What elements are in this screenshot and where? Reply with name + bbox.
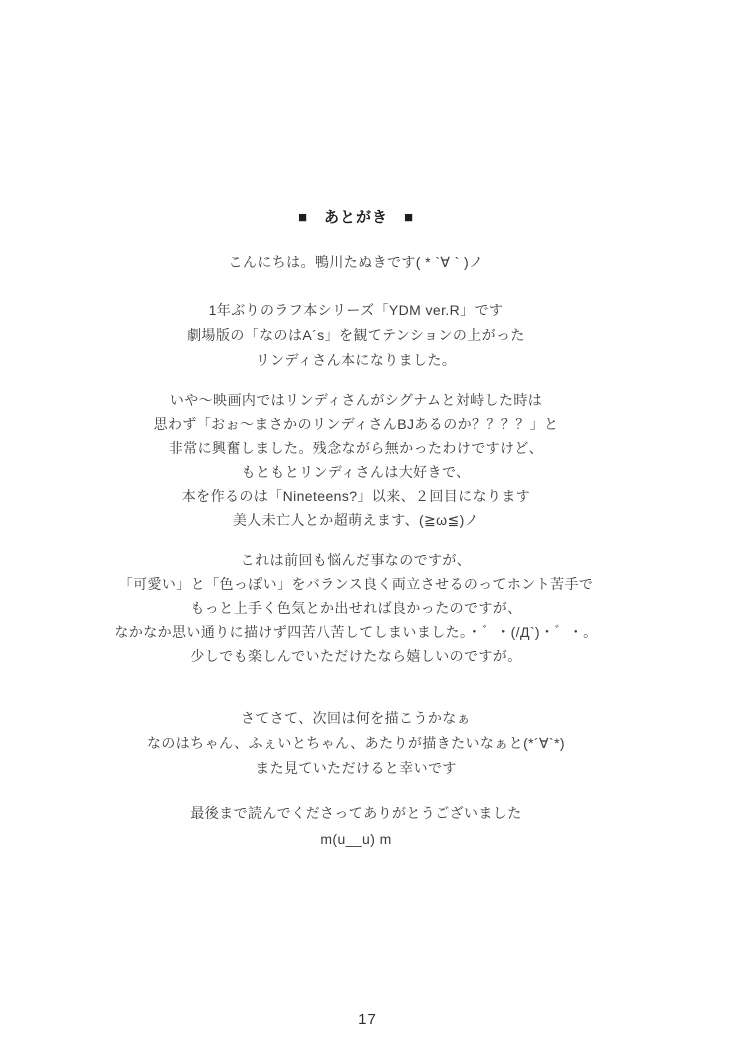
text-line: また見ていただけると幸いです: [0, 756, 712, 781]
text-line: 思わず「おぉ～まさかのリンディさんBJあるのか？？？？」と: [0, 412, 712, 436]
text-line: 「可愛い」と「色っぽい」をバランス良く両立させるのってホント苦手で: [0, 572, 712, 596]
text-line: リンディさん本になりました。: [0, 348, 712, 373]
text-line: いや～映画内ではリンディさんがシグナムと対峙した時は: [0, 388, 712, 412]
paragraph-movie-impressions: いや～映画内ではリンディさんがシグナムと対峙した時は 思わず「おぉ～まさかのリン…: [0, 388, 712, 532]
text-line: なかなか思い通りに描けず四苦八苦してしまいました。・゛・(/Д`)・゛・。: [0, 620, 712, 644]
page-title: ■ あとがき ■: [0, 206, 712, 230]
afterword-page: ■ あとがき ■ こんにちは。鴨川たぬきです( * `∀ ` )ノ 1年ぶりのラ…: [0, 0, 735, 1050]
page-number: 17: [0, 1012, 735, 1028]
text-line: もともとリンディさんは大好きで、: [0, 460, 712, 484]
paragraph-next-plans: さてさて、次回は何を描こうかなぁ なのはちゃん、ふぇいとちゃん、あたりが描きたい…: [0, 706, 712, 781]
text-line: こんにちは。鴨川たぬきです( * `∀ ` )ノ: [0, 250, 712, 274]
text-line: 1年ぶりのラフ本シリーズ「YDM ver.R」です: [0, 298, 712, 323]
paragraph-thanks: 最後まで読んでくださってありがとうございました m(u__u) m: [0, 800, 712, 852]
text-line: これは前回も悩んだ事なのですが、: [0, 548, 712, 572]
text-line: さてさて、次回は何を描こうかなぁ: [0, 706, 712, 731]
text-line: 非常に興奮しました。残念ながら無かったわけですけど、: [0, 436, 712, 460]
text-line: 少しでも楽しんでいただけたなら嬉しいのですが。: [0, 644, 712, 668]
text-line: 最後まで読んでくださってありがとうございました: [0, 800, 712, 826]
paragraph-series-intro: 1年ぶりのラフ本シリーズ「YDM ver.R」です 劇場版の「なのはA´s」を観…: [0, 298, 712, 373]
text-line: もっと上手く色気とか出せれば良かったのですが、: [0, 596, 712, 620]
paragraph-greeting: こんにちは。鴨川たぬきです( * `∀ ` )ノ: [0, 250, 712, 274]
text-line: m(u__u) m: [0, 826, 712, 852]
text-line: 劇場版の「なのはA´s」を観てテンションの上がった: [0, 323, 712, 348]
text-line: 本を作るのは「Nineteens?」以来、２回目になります: [0, 484, 712, 508]
text-line: なのはちゃん、ふぇいとちゃん、あたりが描きたいなぁと(*´∀`*): [0, 731, 712, 756]
text-line: 美人未亡人とか超萌えます、(≧ω≦)ノ: [0, 508, 712, 532]
paragraph-drawing-struggles: これは前回も悩んだ事なのですが、 「可愛い」と「色っぽい」をバランス良く両立させ…: [0, 548, 712, 668]
